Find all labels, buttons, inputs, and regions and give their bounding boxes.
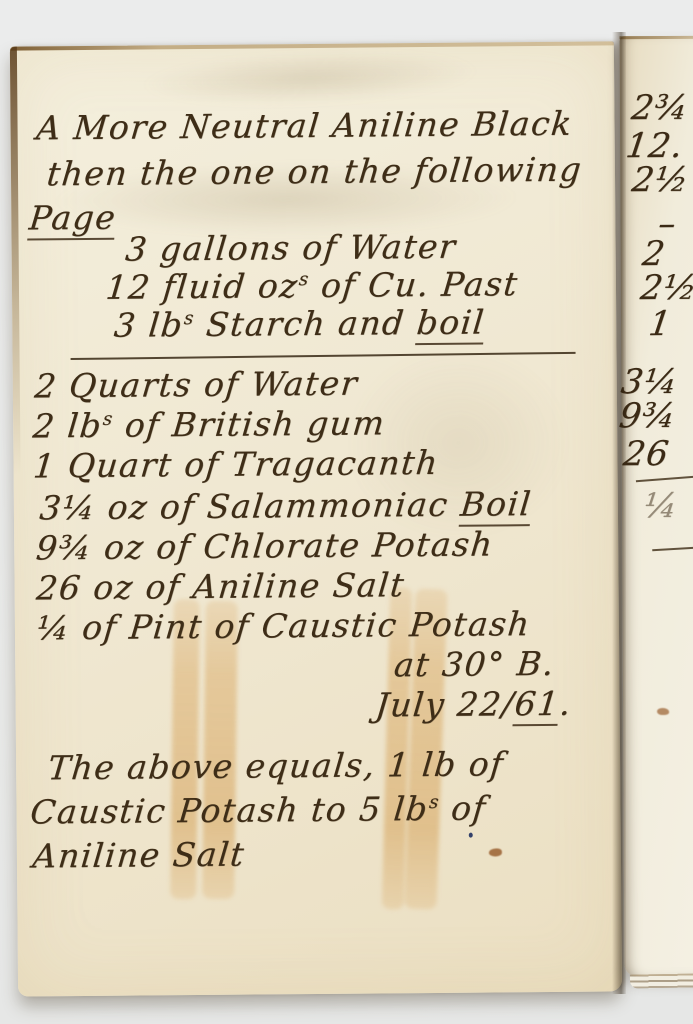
right-page-amount-10: 26: [621, 434, 672, 474]
recipe2-line-3: 1 Quart of Tragacanth: [32, 445, 441, 485]
heading-line-1: A More Neutral Aniline Black: [35, 106, 575, 147]
note-line-3: Aniline Salt: [31, 837, 247, 875]
page-curl-edges: [630, 973, 693, 988]
text-segment: 12 fluid oz: [104, 266, 300, 307]
gutter-shadow: [612, 32, 626, 994]
right-page-sum-rule-2: [652, 547, 693, 552]
recipe1-line-3: 3 lbs Starch and boil: [112, 305, 486, 345]
notebook-left-page: A More Neutral Aniline Black then the on…: [10, 41, 622, 996]
text-segment: Caustic Potash to 5 lb: [29, 789, 431, 832]
recipe2-line-9: July 22/61.: [374, 686, 574, 724]
right-page-sum-rule-1: [636, 476, 693, 482]
notebook-right-page: 2¾ 12. 2½ – 2 2½ 1 3¼ 9¾ 26 ¼: [620, 36, 693, 976]
text-segment: .: [558, 684, 574, 723]
heading-line-2: then the one on the following: [45, 152, 584, 193]
right-page-amount-11: ¼: [641, 486, 680, 526]
recipe2-line-2: 2 lbs of British gum: [31, 405, 387, 444]
ink-smudge: [489, 848, 502, 856]
right-page-stain-speck: [657, 708, 669, 715]
recipe1-line-1: 3 gallons of Water: [124, 229, 458, 268]
text-segment: of: [437, 789, 488, 828]
ink-dot: [469, 833, 473, 838]
note-line-1: The above equals, 1 lb of: [46, 746, 505, 786]
recipe2-line-4: 3¼ oz of Salammoniac Boil: [38, 486, 533, 527]
underlined-word: Boil: [458, 484, 533, 527]
text-segment: Starch and: [192, 303, 418, 344]
recipe2-line-8: at 30° B.: [393, 646, 557, 684]
text-segment: of Cu. Past: [307, 264, 520, 305]
note-line-2: Caustic Potash to 5 lbs of: [29, 791, 488, 831]
recipe2-line-5: 9¾ oz of Chlorate Potash: [34, 526, 495, 566]
right-page-amount-6: 2½: [638, 268, 693, 308]
text-segment: 3¼ oz of Salammoniac: [38, 485, 462, 528]
heading-line-3: Page: [28, 200, 119, 237]
right-page-amount-9: 9¾: [617, 396, 679, 436]
underlined-word: 61: [512, 684, 561, 726]
notebook-photo: A More Neutral Aniline Black then the on…: [0, 0, 693, 1024]
underlined-word: boil: [415, 303, 487, 346]
text-segment: 3 lb: [112, 305, 185, 345]
right-page-amount-7: 1: [646, 304, 674, 344]
recipe2-line-1: 2 Quarts of Water: [33, 366, 360, 405]
right-page-amount-1: 2¾: [629, 88, 691, 128]
text-segment: of British gum: [111, 403, 387, 444]
text-segment: 2 lb: [31, 406, 104, 446]
underlined-word: Page: [27, 198, 118, 241]
right-page-amount-3: 2½: [630, 160, 692, 200]
recipe1-line-2: 12 fluid ozs of Cu. Past: [104, 266, 520, 306]
text-segment: July 22/: [373, 684, 516, 724]
recipe2-line-6: 26 oz of Aniline Salt: [35, 567, 407, 607]
ghost-bleedthrough-1: [139, 45, 481, 112]
recipe2-line-7: ¼ of Pint of Caustic Potash: [35, 606, 532, 647]
